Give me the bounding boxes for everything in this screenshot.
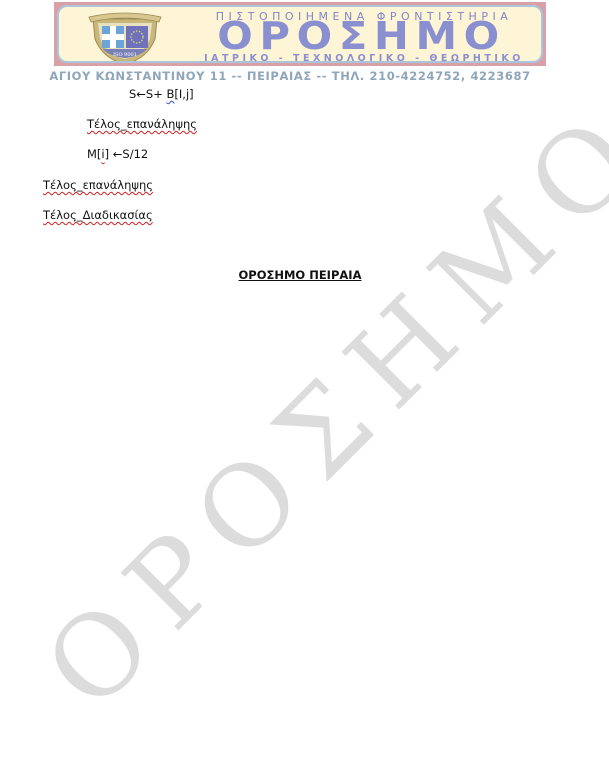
code-line-3-prefix: M[ — [87, 147, 101, 161]
code-line-2: Τέλος_επανάληψης — [87, 117, 197, 131]
banner-subtitle-bottom: ΙΑΤΡΙΚΟ - ΤΕΧΝΟΛΟΓΙΚΟ - ΘΕΩΡΗΤΙΚΟ — [199, 53, 529, 63]
code-line-1: S←S+ B[I,j] — [129, 87, 194, 101]
code-line-3-suffix: ] ←S/12 — [105, 147, 149, 161]
watermark-text: ΟΡΟΣΗΜΟ — [24, 179, 576, 731]
end-loop-text: Τέλος_επανάληψης — [43, 178, 153, 192]
address-line: ΑΓΙΟΥ ΚΩΝΣΤΑΝΤΙΝΟΥ 11 -- ΠΕΙΡΑΙΑΣ -- ΤΗΛ… — [0, 69, 580, 83]
code-line-5: Τέλος_Διαδικασίας — [43, 208, 153, 222]
banner-title: ΟΡΟΣΗΜΟ — [172, 16, 543, 56]
footer-heading: ΟΡΟΣΗΜΟ ΠΕΙΡΑΙΑ — [0, 268, 600, 282]
end-loop-text: Τέλος_επανάληψης — [87, 117, 197, 131]
code-line-1-suffix: [I,j] — [174, 87, 193, 101]
code-line-3: M[i] ←S/12 — [87, 147, 148, 161]
end-procedure-text: Τέλος_Διαδικασίας — [43, 208, 153, 222]
code-line-1-prefix: S←S+ — [129, 87, 167, 101]
banner-inner: ISO 9001 ΠΙΣΤΟΠΟΙΗΜΕΝΑ ΦΡΟΝΤΙΣΤΗΡΙΑ ΟΡΟΣ… — [57, 5, 543, 63]
svg-text:ISO 9001: ISO 9001 — [113, 52, 137, 58]
code-line-4: Τέλος_επανάληψης — [43, 178, 153, 192]
header-banner: ISO 9001 ΠΙΣΤΟΠΟΙΗΜΕΝΑ ΦΡΟΝΤΙΣΤΗΡΙΑ ΟΡΟΣ… — [54, 2, 546, 66]
crest-logo-icon: ISO 9001 — [87, 9, 163, 63]
